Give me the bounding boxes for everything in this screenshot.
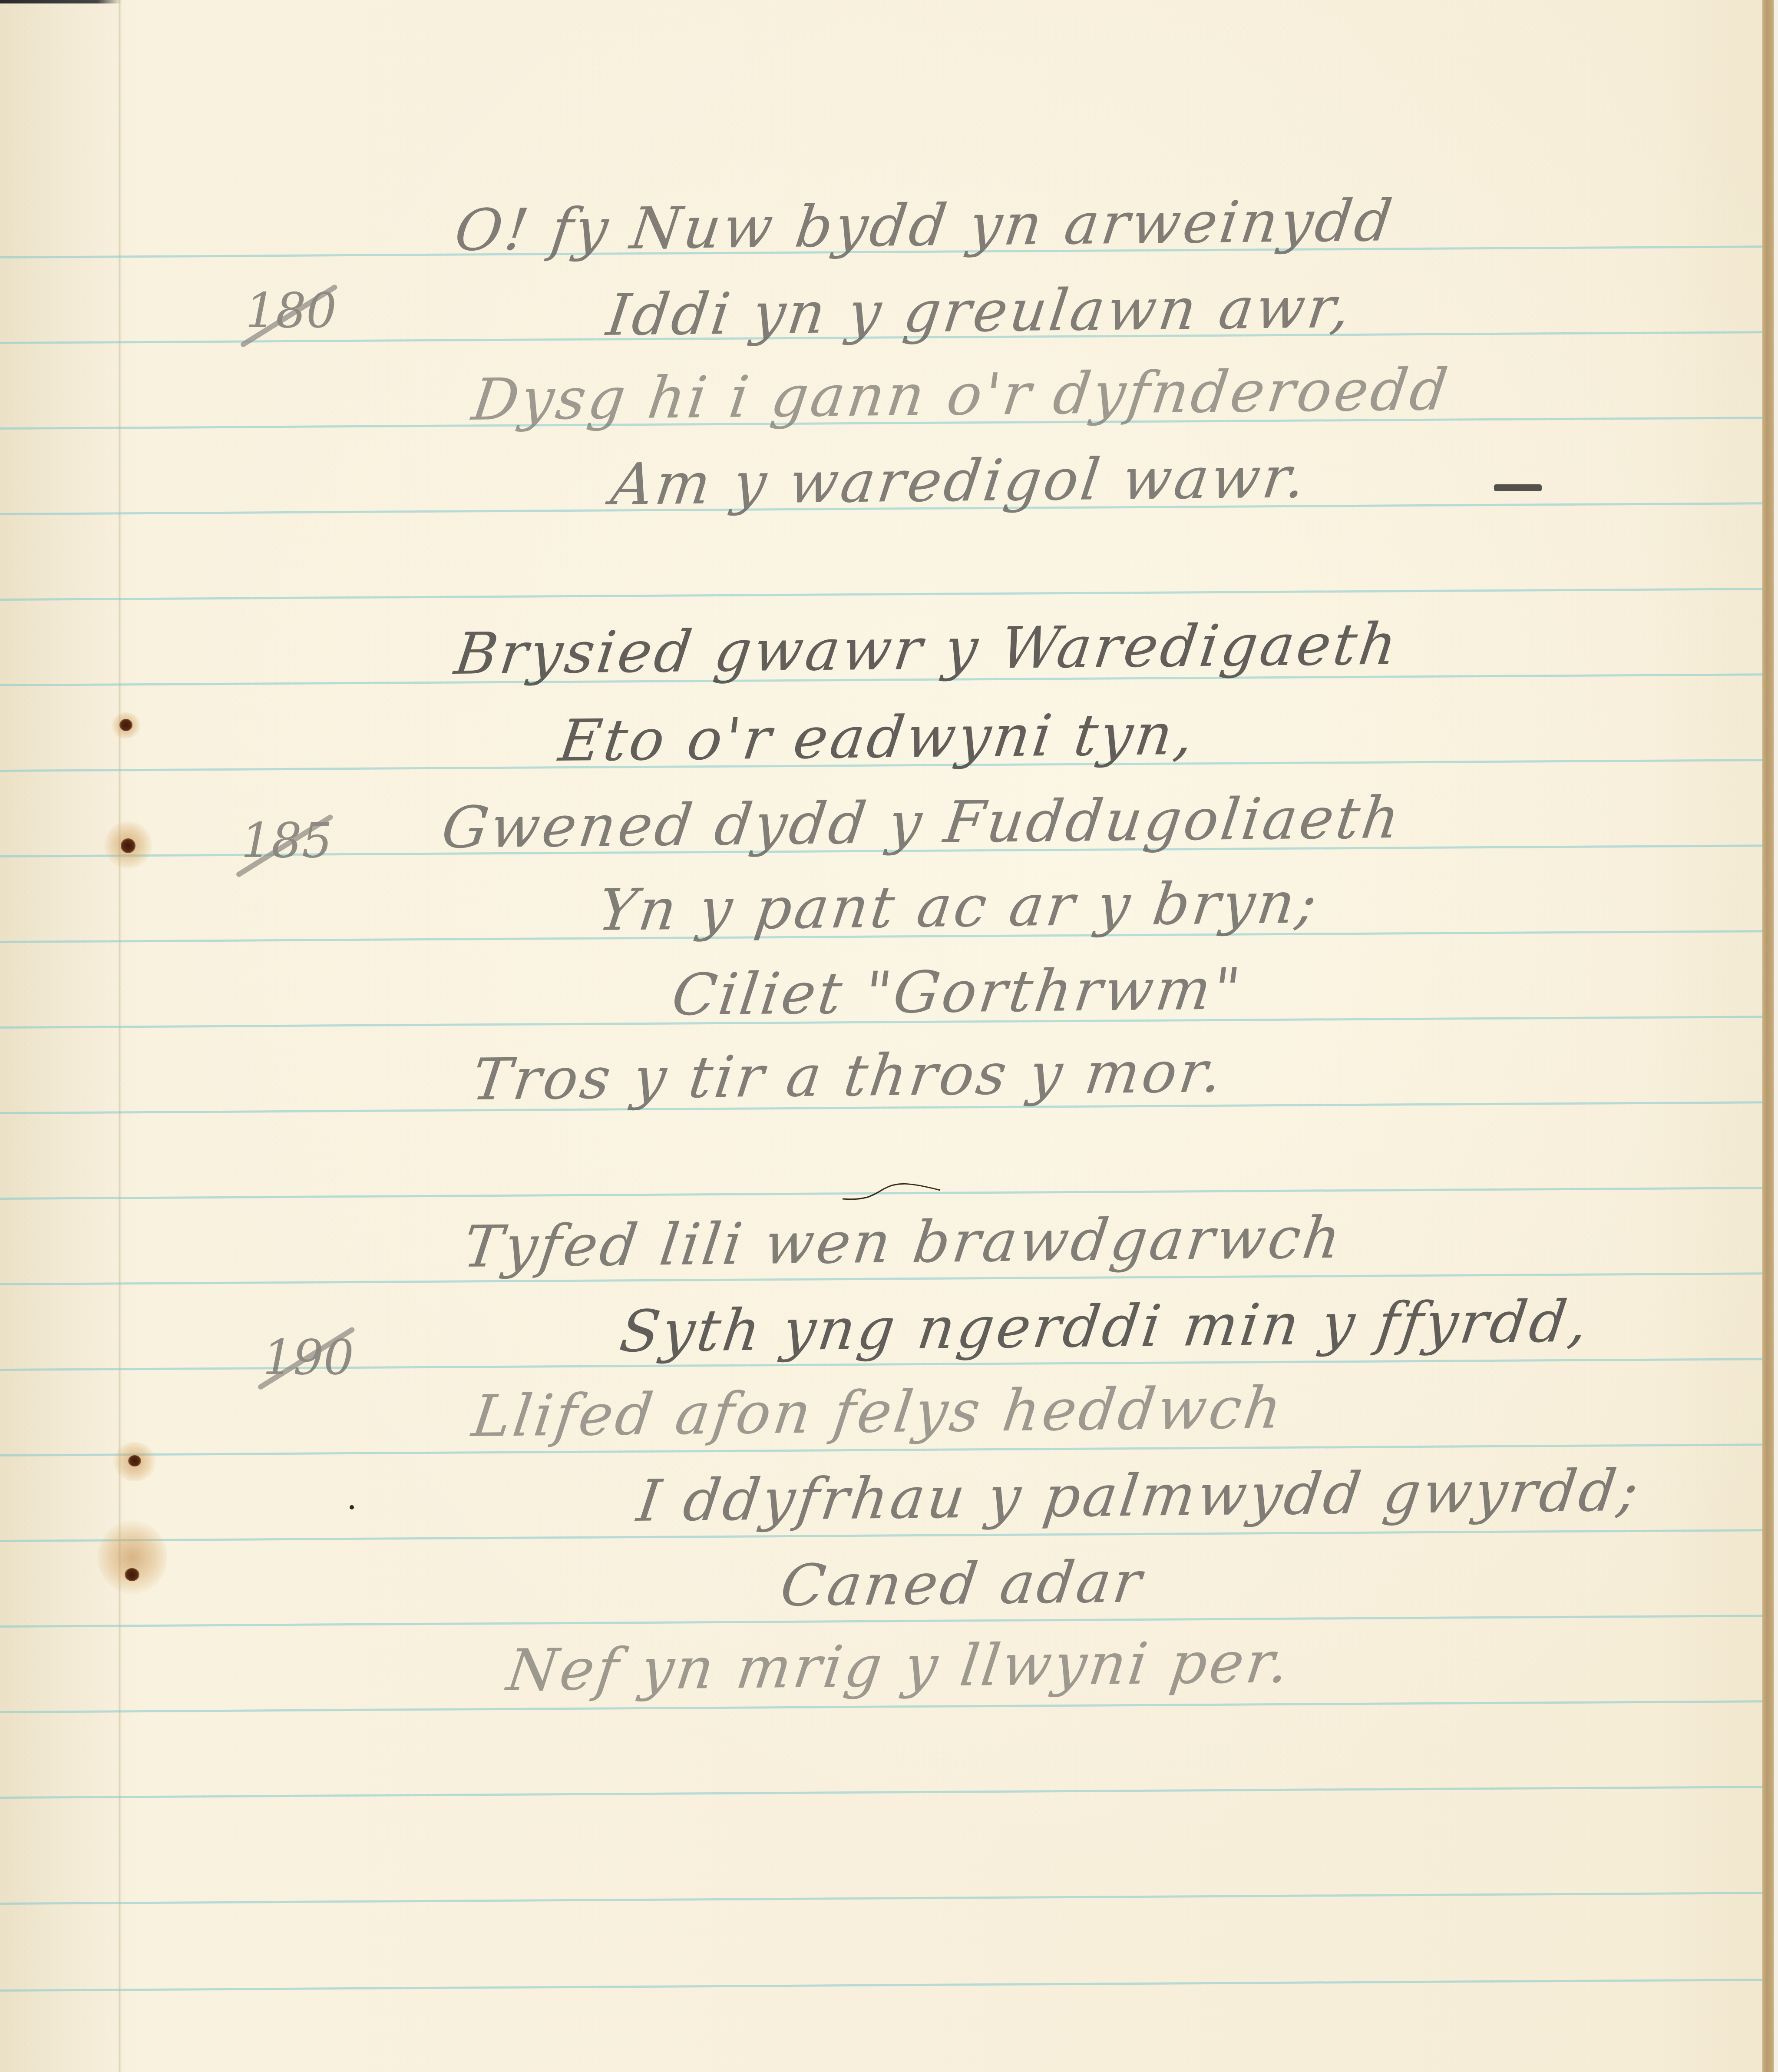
ruled-line (0, 588, 1763, 601)
ruled-line (0, 1892, 1763, 1905)
poem-line: Syth yng ngerddi min y ffyrdd, (617, 1293, 1593, 1360)
poem-line: Tyfed lili wen brawdgarwch (460, 1209, 1346, 1276)
poem-line: Am y waredigol wawr. (608, 449, 1311, 513)
gutter-fold (118, 0, 122, 2072)
ruled-line (0, 1786, 1763, 1799)
poem-line: O! fy Nuw bydd yn arweinydd (452, 192, 1398, 259)
manuscript-page: 180 185 190 O! fy Nuw bydd yn arweinydd … (0, 0, 1778, 2072)
poem-line: Llifed afon felys heddwch (469, 1379, 1287, 1445)
margin-line-number: 190 (263, 1334, 354, 1381)
ruled-line (0, 1700, 1763, 1713)
poem-line: Tros y tir a thros y mor. (469, 1043, 1228, 1109)
poem-line: Nef yn mrig y llwyni per. (504, 1634, 1295, 1699)
margin-line-number: 185 (241, 817, 332, 864)
rust-stain (104, 821, 152, 869)
poem-line: Eto o'r eadwyni tyn, (556, 705, 1199, 770)
stanza-end-dash (1494, 484, 1542, 491)
poem-line: Ciliet "Gorthrwm" (669, 960, 1246, 1024)
poem-line: Iddi yn y greulawn awr, (604, 279, 1356, 344)
margin-line-number: 180 (245, 287, 337, 334)
top-binding-edge (0, 0, 122, 3)
rust-stain (111, 712, 141, 738)
poem-line: Dysg hi i gann o'r dyfnderoedd (469, 361, 1453, 429)
rust-stain (113, 1442, 156, 1481)
poem-line: Brysied gwawr y Waredigaeth (452, 616, 1402, 683)
scan-background-edge (1774, 0, 1778, 2072)
page-right-edge (1762, 0, 1774, 2072)
poem-line: Yn y pant ac ar y bryn; (595, 874, 1322, 939)
ink-speck (350, 1505, 354, 1509)
poem-line: I ddyfrhau y palmwydd gwyrdd; (634, 1462, 1644, 1530)
poem-line: Gwened dydd y Fuddugoliaeth (439, 789, 1405, 857)
poem-line: Caned adar (777, 1553, 1147, 1615)
stray-hair (840, 1178, 945, 1204)
rust-stain (98, 1520, 167, 1594)
ruled-line (0, 1979, 1763, 1992)
